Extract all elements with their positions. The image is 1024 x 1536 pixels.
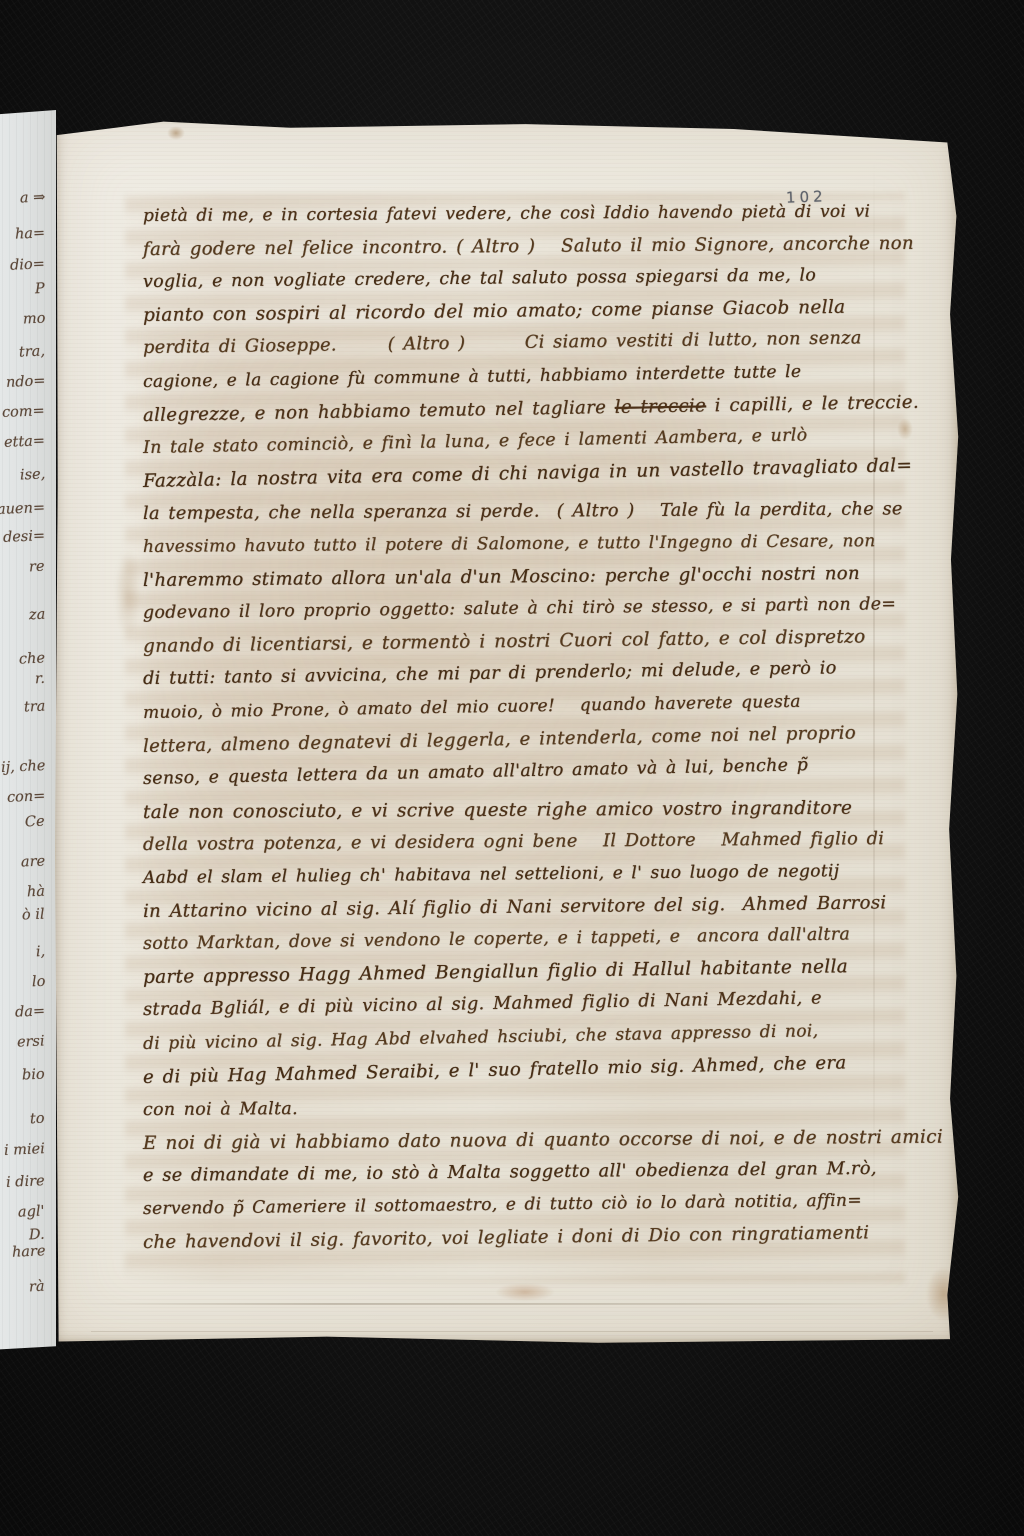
manuscript-line: farà godere nel felice incontro. ( Altro… [143, 233, 949, 260]
page-edge-fragment: tra [23, 699, 45, 716]
page-edge-fragment: bio [22, 1067, 45, 1084]
stain [115, 548, 141, 638]
stain [167, 126, 185, 140]
manuscript-line: Fazzàla: la nostra vita era come di chi … [143, 454, 949, 492]
page-edge-fragment: dio= [10, 256, 45, 274]
page-edge-fragment: con= [6, 788, 45, 806]
page-edge-fragment: ersi [17, 1033, 45, 1050]
crease-horizontal [73, 1303, 942, 1305]
page-edge-fragment: i miei [4, 1141, 46, 1159]
page-edge-fragment: D. [29, 1227, 45, 1244]
page-edge-fragment: r. [35, 671, 46, 687]
manuscript-line: con noi à Malta. [143, 1095, 949, 1120]
page-edge-fragment: etta= [4, 433, 46, 451]
manuscript-line: havessimo havuto tutto il potere di Salo… [143, 531, 949, 557]
page-edge-fragment: ij, che [0, 758, 45, 776]
page-edge-fragment: tra, [19, 343, 46, 360]
manuscript-line: E noi di già vi habbiamo dato nuova di q… [143, 1126, 949, 1153]
manuscript-line: pianto con sospiri al ricordo del mio am… [143, 296, 949, 326]
manuscript-line: e se dimandate di me, io stò à Malta sog… [143, 1158, 949, 1186]
manuscript-line: servendo p̃ Cameriere il sottomaestro, e… [143, 1190, 949, 1219]
crease-horizontal-faint [91, 1331, 933, 1332]
page-edge-fragment: da= [15, 1003, 46, 1020]
page-edge-fragment: rà [29, 1279, 45, 1296]
manuscript-line: pietà di me, e in cortesia fatevi vedere… [143, 201, 949, 226]
page-edge-fragment: ise, [19, 466, 45, 483]
manuscript-line: e di più Hag Mahmed Seraibi, e l' suo fr… [143, 1050, 949, 1088]
manuscript-line: Aabd el slam el hulieg ch' habitava nel … [143, 860, 949, 888]
manuscript-line: sotto Marktan, dove si vendono le copert… [143, 923, 949, 954]
struck-text: le treccie [615, 395, 707, 418]
stain [897, 418, 913, 440]
stain [495, 1283, 555, 1301]
manuscript-line: allegrezze, e non habbiamo temuto nel ta… [143, 391, 949, 426]
crease-vertical [873, 158, 875, 1224]
manuscript-line: In tale stato cominciò, e finì la luna, … [143, 422, 949, 457]
page-edge-fragment: za [28, 607, 45, 624]
page-edge-fragment: com= [2, 403, 45, 421]
manuscript-line: godevano il loro proprio oggetto: salute… [143, 594, 949, 623]
manuscript-line: parte appresso Hagg Ahmed Bengiallun fig… [143, 955, 949, 988]
page-edge-fragment: are [20, 853, 45, 870]
manuscript-line: l'haremmo stimato allora un'ala d'un Mos… [143, 562, 949, 591]
page-edge-fragment: agl' [18, 1203, 45, 1220]
manuscript-line: senso, e questa lettera da un amato all'… [143, 752, 949, 789]
manuscript-lines: pietà di me, e in cortesia fatevi vedere… [55, 118, 960, 1344]
page-edge-fragment: Ce [25, 814, 45, 831]
page-edge-fragment: ha= [15, 225, 46, 242]
manuscript-line: che havendovi il sig. favorito, voi legl… [143, 1221, 949, 1253]
manuscript-line: gnando di licentiarsi, e tormentò i nost… [143, 625, 949, 657]
manuscript-line: di più vicino al sig. Hag Abd elvahed hs… [143, 1018, 949, 1053]
page-edge-fragment: ò il [22, 907, 45, 924]
manuscript-line: voglia, e non vogliate credere, che tal … [143, 264, 949, 292]
page-edge-fragment: i dire [6, 1173, 45, 1191]
manuscript-line: di tutti: tanto si avvicina, che mi par … [143, 657, 949, 689]
page-edge-fragment: mo [22, 311, 45, 328]
page-edge-fragment: che [19, 650, 46, 667]
page-edge-fragment: i, [35, 944, 45, 960]
manuscript-line: la tempesta, che nella speranza si perde… [143, 499, 949, 524]
manuscript-line: cagione, e la cagione fù commune à tutti… [143, 359, 949, 391]
manuscript-line: muoio, ò mio Prone, ò amato del mio cuor… [143, 689, 949, 723]
page-edge-fragment: desi= [3, 528, 46, 546]
page-edge-fragment: auen= [0, 500, 45, 518]
manuscript-line: lettera, almeno degnatevi di leggerla, e… [143, 720, 949, 756]
page-edge-fragment: a ⇒ [19, 189, 45, 206]
page-edge-fragment: re [29, 559, 45, 576]
manuscript-line: strada Bgliál, e di più vicino al sig. M… [143, 987, 949, 1021]
manuscript-line: in Attarino vicino al sig. Alí figlio di… [143, 892, 949, 922]
manuscript-page: 102 pietà di me, e in cortesia fatevi ve… [55, 118, 960, 1344]
manuscript-line: perdita di Gioseppe. ( Altro ) Ci siamo … [143, 328, 949, 359]
page-edge-fragment: lo [31, 974, 45, 991]
manuscript-line: della vostra potenza, e vi desidera ogni… [143, 828, 949, 854]
page-edge-fragment: to [30, 1111, 45, 1128]
manuscript-line: tale non conosciuto, e vi scrive queste … [143, 797, 949, 823]
page-edge-fragment: P [35, 281, 45, 297]
previous-page-edge: a ⇒ha=dio=Pmotra,ndo=com=etta=ise,auen=d… [0, 110, 56, 1350]
page-edge-fragment: hare [11, 1243, 45, 1260]
page-edge-fragment: ndo= [5, 373, 45, 391]
page-edge-fragment: hà [27, 884, 46, 901]
